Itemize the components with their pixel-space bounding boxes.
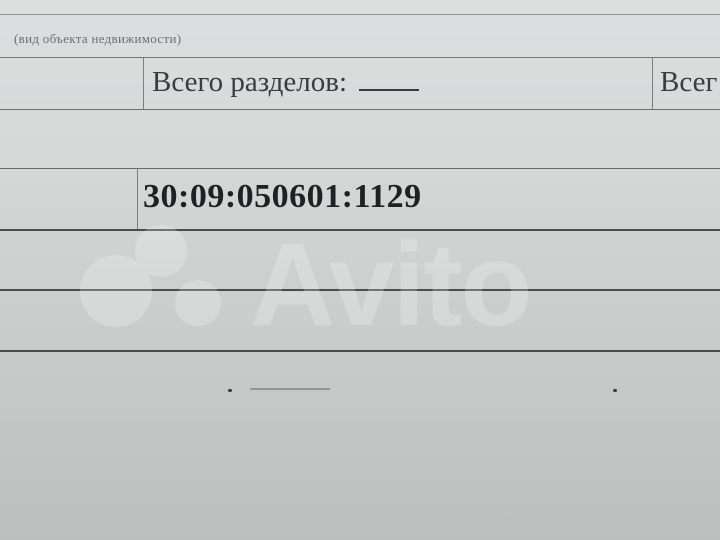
table-rule bbox=[0, 350, 720, 352]
avito-dots-logo-icon bbox=[135, 225, 187, 277]
cell-border bbox=[143, 57, 144, 109]
table-rule bbox=[0, 57, 720, 58]
ink-dot bbox=[228, 389, 232, 392]
watermark-text: Avito bbox=[250, 217, 531, 353]
cadastral-number: 30:09:050601:1129 bbox=[143, 178, 422, 216]
cell-border bbox=[137, 168, 138, 229]
object-type-caption: (вид объекта недвижимости) bbox=[14, 31, 181, 47]
avito-watermark: Avito bbox=[80, 225, 640, 335]
cutoff-label: Всег bbox=[660, 66, 717, 99]
cell-border bbox=[652, 57, 653, 109]
ink-dot bbox=[613, 389, 617, 392]
table-rule bbox=[0, 289, 720, 291]
table-rule-top bbox=[0, 14, 720, 15]
avito-dots-logo-icon bbox=[175, 280, 221, 326]
table-rule bbox=[0, 229, 720, 231]
table-rule bbox=[0, 168, 720, 169]
total-sections-label: Всего разделов: bbox=[152, 66, 347, 98]
faint-mark bbox=[250, 388, 330, 390]
table-rule bbox=[0, 109, 720, 110]
total-sections-field: Всего разделов: bbox=[152, 66, 419, 99]
total-sections-blank bbox=[359, 69, 419, 91]
avito-dots-logo-icon bbox=[80, 255, 152, 327]
